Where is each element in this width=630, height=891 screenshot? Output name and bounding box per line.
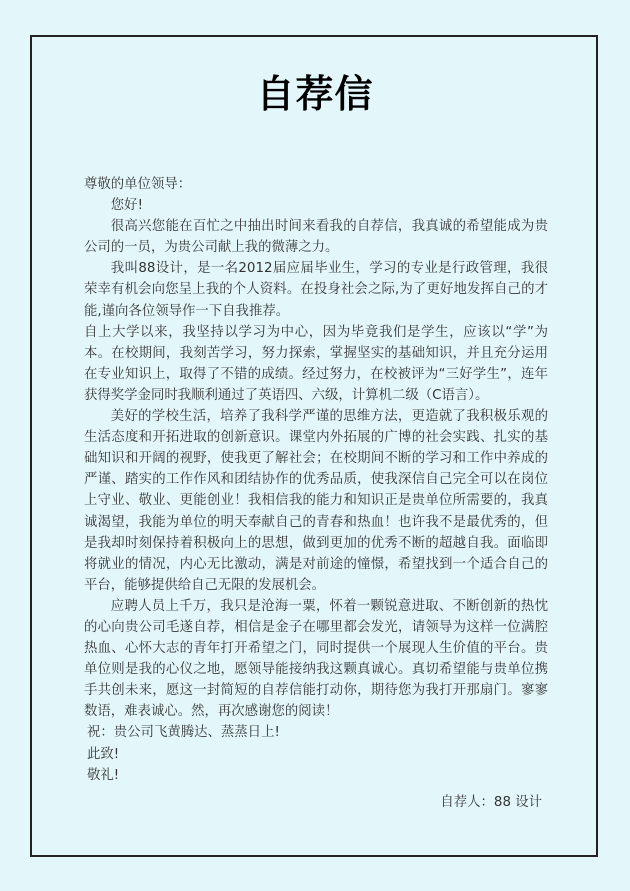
signature: 自荐人：88 设计 <box>440 792 542 813</box>
closing-regards-1: 此致! <box>84 744 548 765</box>
closing-wish: 祝：贵公司飞黄腾达、蒸蒸日上! <box>84 722 548 743</box>
letter-body: 尊敬的单位领导： 您好! 很高兴您能在百忙之中抽出时间来看我的自荐信，我真诚的希… <box>84 174 548 786</box>
salutation: 您好! <box>84 195 548 216</box>
closing-regards-2: 敬礼! <box>84 765 548 786</box>
paragraph-school-life: 美好的学校生活，培养了我科学严谨的思维方法，更造就了我积极乐观的生活态度和开拓进… <box>84 406 548 596</box>
paragraph-application: 应聘人员上千万，我只是沧海一粟，怀着一颗锐意进取、不断创新的热忱的心向贵公司毛遂… <box>84 596 548 723</box>
paragraph-self-introduction: 我叫88设计，是一名2012届应届毕业生，学习的专业是行政管理，我很荣幸有机会向… <box>84 258 548 321</box>
greeting: 尊敬的单位领导： <box>84 174 548 195</box>
paragraph-intro: 很高兴您能在百忙之中抽出时间来看我的自荐信，我真诚的希望能成为贵公司的一员，为贵… <box>84 216 548 258</box>
page-title: 自荐信 <box>0 70 630 118</box>
paragraph-study: 自上大学以来，我坚持以学习为中心，因为毕竟我们是学生，应该以“学”为本。在校期间… <box>84 322 548 406</box>
